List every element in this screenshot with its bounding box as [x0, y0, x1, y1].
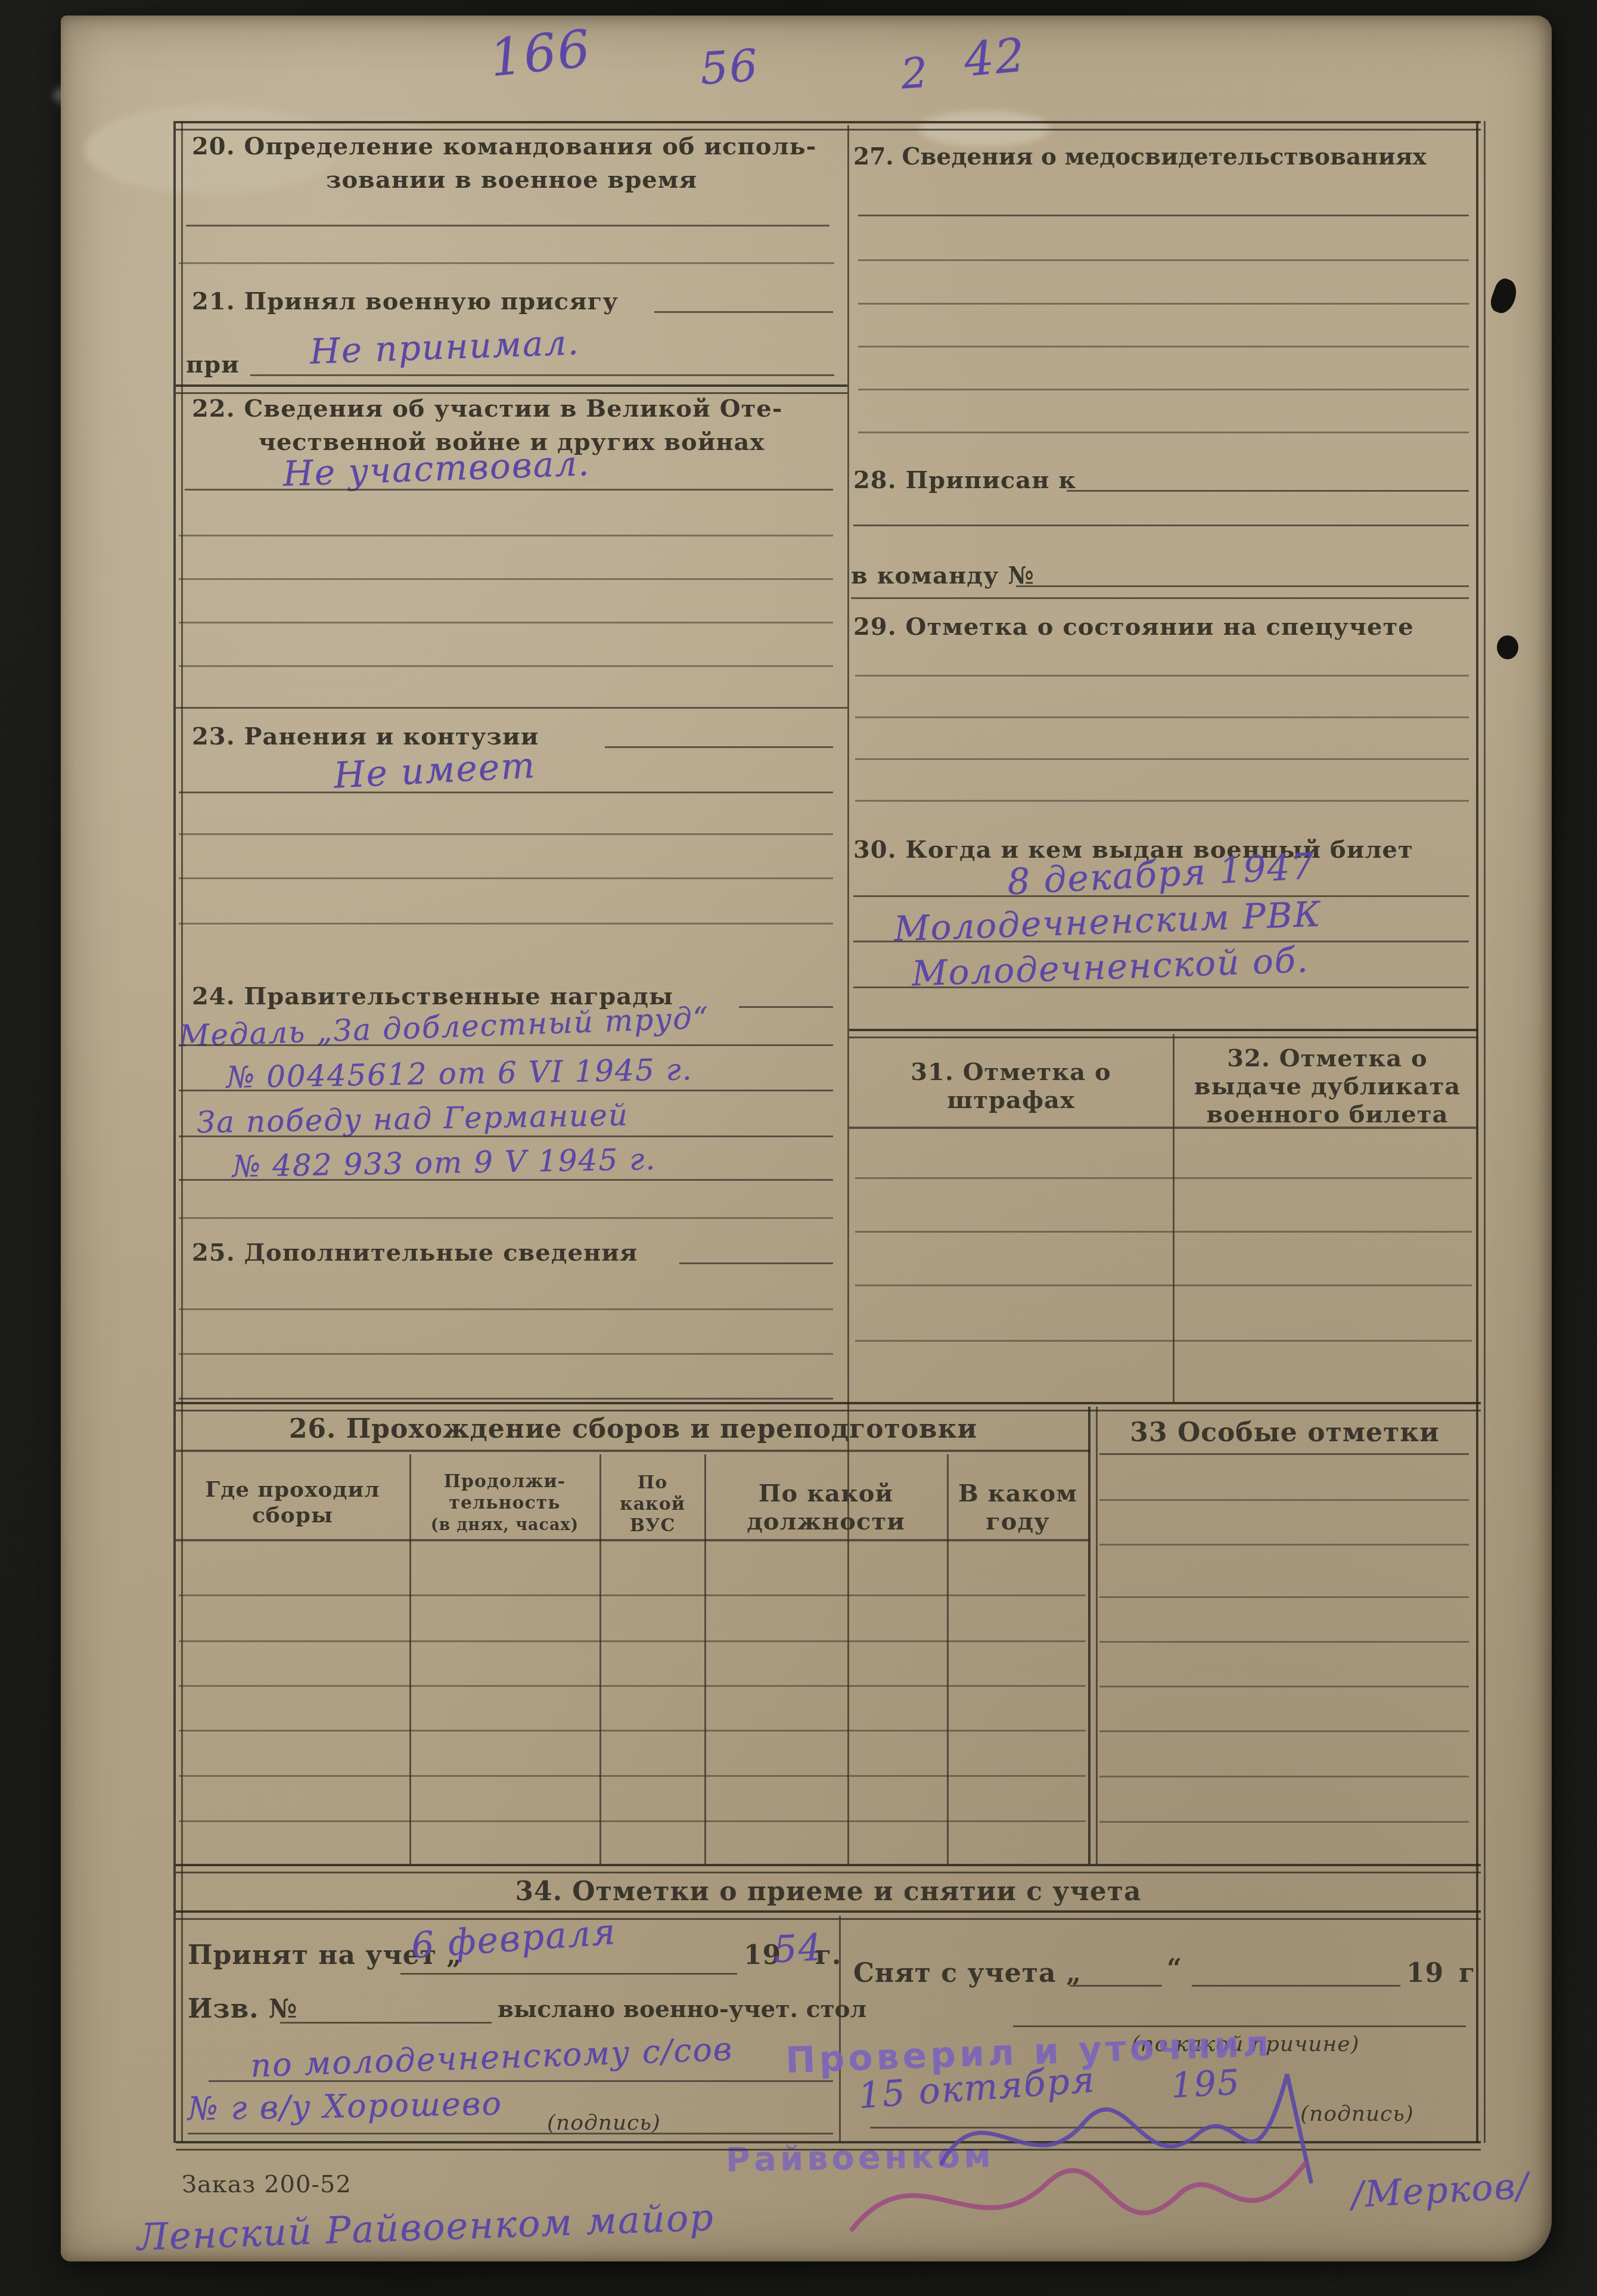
section-32-number: 32.	[1227, 1044, 1270, 1072]
form-center-divider	[847, 125, 849, 1864]
ruled-line	[1067, 490, 1469, 492]
open-quote: „	[1066, 1958, 1082, 1988]
section-21-title: 21. Принял военную присягу	[192, 287, 619, 315]
signature-stroke-magenta	[834, 2128, 1335, 2265]
print-order-number: Заказ 200-52	[182, 2171, 352, 2199]
ruled-line	[179, 622, 833, 623]
ruled-line	[179, 923, 833, 924]
handwriting-award-4: № 482 933 от 9 V 1945 г.	[232, 1142, 657, 1184]
notes-row-line	[1099, 1596, 1469, 1598]
table-26-top-border	[176, 1402, 1481, 1411]
ruled-line	[185, 489, 833, 491]
table-26-number: 26.	[289, 1414, 337, 1444]
ruled-line	[209, 2080, 833, 2082]
section-29-title: 29. Отметка о состоянии на спецучете	[853, 613, 1414, 641]
form-border-left	[173, 121, 183, 2143]
table-26-title: 26. Прохождение сборов и переподготовки	[176, 1414, 1090, 1444]
ruled-line	[858, 389, 1469, 390]
registration-card	[61, 15, 1552, 2261]
ruled-line	[853, 525, 1469, 526]
archive-number: 56	[698, 40, 760, 95]
section-22-title-line1: 22. Сведения об участии в Великой Оте-	[192, 395, 782, 423]
section-separator	[849, 1029, 1478, 1038]
registered-year-suffix: г.	[815, 1940, 841, 1971]
section-24-number: 24.	[192, 982, 235, 1010]
ruled-line	[855, 1177, 1472, 1179]
section-29-number: 29.	[853, 613, 897, 641]
ruled-line	[739, 1006, 833, 1008]
ruled-line	[858, 303, 1469, 305]
notes-row-line	[1099, 1730, 1469, 1732]
ruled-line	[858, 259, 1469, 261]
section-31-number: 31.	[911, 1058, 954, 1086]
ruled-line	[605, 746, 833, 748]
izv-label: Изв. №	[188, 1994, 298, 2024]
section-23-title: 23. Ранения и контузии	[192, 722, 539, 750]
ruled-line	[855, 1340, 1472, 1342]
ruled-line	[179, 877, 833, 879]
table-33-divider	[1088, 1407, 1098, 1864]
section-20-number: 20.	[192, 132, 235, 160]
table-26-col1-header: Где проходилсборы	[179, 1477, 406, 1528]
table-31-32-header-rule	[849, 1127, 1478, 1129]
removed-label: Снят с учета „	[853, 1958, 1082, 1988]
ruled-line	[179, 1090, 833, 1091]
notes-row-line	[1099, 1499, 1469, 1501]
ruled-line	[179, 1217, 833, 1219]
ruled-line	[186, 225, 829, 227]
ruled-line	[858, 432, 1469, 433]
section-25-number: 25.	[192, 1239, 235, 1267]
section-27-title: 27. Сведения о медосвидетельствованиях	[853, 143, 1427, 170]
ruled-line	[851, 597, 1469, 599]
notes-row-line	[1099, 1821, 1469, 1823]
ruled-line	[179, 1353, 833, 1355]
ruled-line	[855, 716, 1469, 718]
section-33-number: 33	[1130, 1417, 1167, 1448]
form-border-right	[1476, 121, 1486, 2143]
archive-number: 42	[962, 29, 1028, 88]
section-21-number: 21.	[192, 287, 235, 315]
scanned-photo: 166 56 2 42 20. Определение командования…	[0, 0, 1597, 2296]
ruled-line	[855, 1231, 1472, 1233]
ruled-line	[179, 578, 833, 580]
section-23-number: 23.	[192, 722, 235, 750]
table-26-col4-header: По какойдолжности	[707, 1479, 944, 1535]
ruled-line	[853, 986, 1469, 988]
table-row-line	[179, 1775, 1086, 1777]
table-26-title-rule	[176, 1450, 1090, 1452]
ruled-line	[179, 1044, 833, 1046]
section-separator	[176, 384, 847, 394]
ruled-line	[188, 2133, 833, 2134]
ruled-line	[400, 1973, 737, 1975]
notes-row-line	[1099, 1544, 1469, 1546]
ruled-line	[855, 800, 1469, 802]
archive-number: 2	[899, 48, 930, 98]
ruled-line	[179, 792, 833, 793]
section-28-title: 28. Приписан к	[853, 466, 1076, 494]
section-33-title-rule	[1099, 1453, 1469, 1455]
section-34-title-border	[176, 1910, 1481, 1920]
ruled-line	[1070, 1985, 1162, 1987]
section-25-title: 25. Дополнительные сведения	[192, 1239, 638, 1267]
ruled-line	[179, 262, 834, 264]
table-26-col5-header: В какомгоду	[950, 1479, 1086, 1535]
table-26-col-divider	[409, 1454, 411, 1864]
ruled-line	[858, 346, 1469, 347]
notes-row-line	[1099, 1776, 1469, 1777]
table-26-col-divider	[599, 1454, 601, 1864]
ruled-line	[179, 1179, 833, 1181]
section-31-header: 31. Отметка оштрафах	[849, 1058, 1173, 1114]
ruled-line	[855, 675, 1469, 677]
ruled-line	[179, 1308, 833, 1310]
section-20-title-line1: 20. Определение командования об исполь-	[192, 132, 816, 160]
ruled-line	[853, 941, 1469, 942]
archive-number: 166	[487, 18, 594, 88]
table-26-col3-header: ПокакойВУС	[602, 1472, 703, 1537]
section-21-pre-label: при	[186, 350, 240, 378]
table-26-col-divider	[704, 1454, 706, 1864]
table-row-line	[179, 1820, 1086, 1822]
ruled-line	[179, 1135, 833, 1137]
table-row-line	[179, 1730, 1086, 1732]
section-27-number: 27.	[853, 143, 894, 170]
ruled-line	[679, 1262, 833, 1264]
ruled-line	[179, 535, 833, 536]
section-28-line2-label: в команду №	[851, 561, 1034, 589]
ruled-line	[179, 1398, 833, 1400]
ruled-line	[280, 2022, 492, 2024]
handwriting-military-office: № г в/у Хорошево	[187, 2084, 502, 2127]
table-row-line	[179, 1640, 1086, 1642]
section-32-header: 32. Отметка овыдаче дубликатавоенного би…	[1177, 1044, 1478, 1129]
ruled-line	[855, 1284, 1472, 1286]
ink-blot	[1497, 635, 1518, 659]
section-33-title: 33 Особые отметки	[1094, 1417, 1475, 1448]
section-30-number: 30.	[853, 836, 897, 864]
ruled-line	[179, 833, 833, 835]
ruled-line	[250, 374, 834, 376]
removed-year-suffix: г	[1459, 1958, 1475, 1988]
table-31-32-divider	[1173, 1034, 1175, 1402]
removed-year-prefix: 19	[1406, 1958, 1444, 1988]
ruled-line	[654, 311, 833, 313]
izv-sent-label: выслано военно-учет. стол	[498, 1996, 866, 2023]
close-quote: “	[1167, 1954, 1182, 1984]
notes-row-line	[1099, 1641, 1469, 1643]
section-separator	[176, 707, 847, 709]
table-26-col2-header: Продолжи-тельность(в днях, часах)	[412, 1471, 597, 1535]
section-20-title-line2: зовании в военное время	[176, 166, 847, 194]
section-28-number: 28.	[853, 466, 897, 494]
table-26-header-rule	[176, 1539, 1090, 1541]
section-34-top-border	[176, 1864, 1481, 1873]
ruled-line	[858, 215, 1469, 216]
ruled-line	[1192, 1985, 1400, 1987]
ruled-line	[1016, 585, 1469, 587]
section-34-title: 34. Отметки о приеме и снятии с учета	[176, 1876, 1481, 1907]
ruled-line	[179, 665, 833, 667]
ruled-line	[853, 895, 1469, 897]
table-row-line	[179, 1685, 1086, 1687]
table-row-line	[179, 1594, 1086, 1596]
signature-caption-left: (подпись)	[547, 2110, 661, 2136]
form-border-top	[176, 121, 1481, 131]
section-22-number: 22.	[192, 395, 235, 423]
ruled-line	[855, 758, 1469, 760]
notes-row-line	[1099, 1686, 1469, 1687]
section-34-number: 34.	[515, 1876, 563, 1907]
table-26-col-divider	[947, 1454, 949, 1864]
